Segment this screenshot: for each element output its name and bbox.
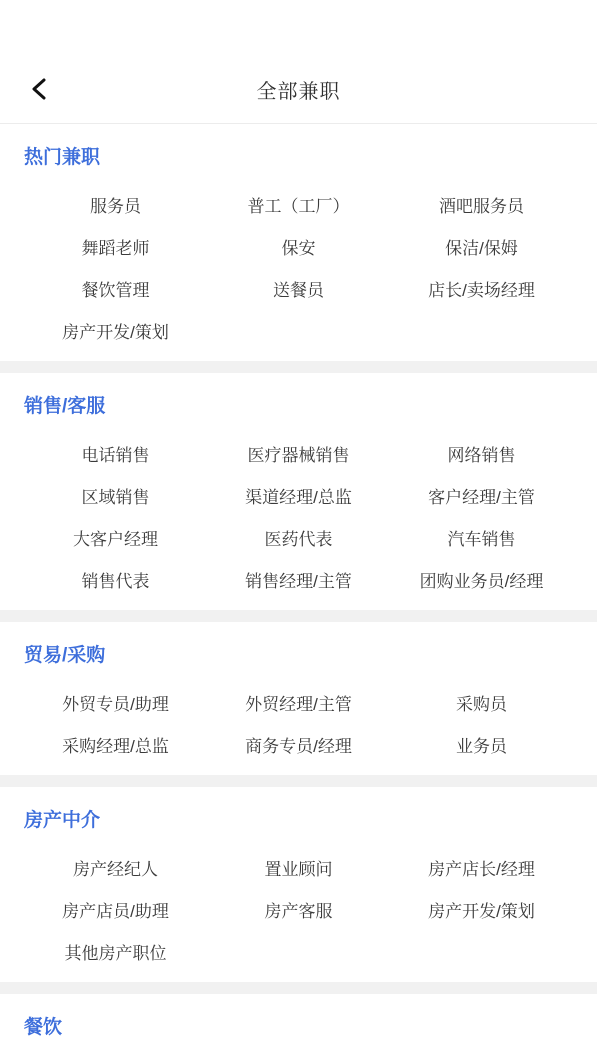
category-section: 餐饮 — [0, 994, 597, 1063]
section-divider — [0, 775, 597, 787]
job-item[interactable]: 服务员 — [24, 183, 207, 225]
page-title: 全部兼职 — [257, 75, 341, 104]
category-title: 餐饮 — [24, 1014, 573, 1041]
job-item[interactable]: 保安 — [207, 225, 390, 267]
category-title: 房产中介 — [24, 807, 573, 834]
chevron-left-icon — [30, 77, 48, 101]
category-section: 贸易/采购 外贸专员/助理外贸经理/主管采购员采购经理/总监商务专员/经理业务员 — [0, 622, 597, 775]
job-item[interactable]: 电话销售 — [24, 432, 207, 474]
category-list: 热门兼职 服务员普工（工厂）酒吧服务员舞蹈老师保安保洁/保姆餐饮管理送餐员店长/… — [0, 124, 597, 1063]
section-divider — [0, 361, 597, 373]
section-divider — [0, 610, 597, 622]
job-item[interactable]: 商务专员/经理 — [207, 723, 390, 765]
category-title: 贸易/采购 — [24, 642, 573, 669]
job-item[interactable]: 其他房产职位 — [24, 930, 207, 972]
job-item[interactable]: 采购员 — [390, 681, 573, 723]
job-item[interactable]: 房产开发/策划 — [24, 309, 207, 351]
job-item[interactable]: 房产店员/助理 — [24, 888, 207, 930]
job-item[interactable]: 房产经纪人 — [24, 846, 207, 888]
job-item[interactable]: 置业顾问 — [207, 846, 390, 888]
category-section: 销售/客服 电话销售医疗器械销售网络销售区域销售渠道经理/总监客户经理/主管大客… — [0, 373, 597, 610]
job-item[interactable]: 外贸专员/助理 — [24, 681, 207, 723]
job-item[interactable]: 渠道经理/总监 — [207, 474, 390, 516]
category-section: 房产中介 房产经纪人置业顾问房产店长/经理房产店员/助理房产客服房产开发/策划其… — [0, 787, 597, 982]
category-title: 热门兼职 — [24, 144, 573, 171]
job-item[interactable]: 网络销售 — [390, 432, 573, 474]
job-item[interactable]: 普工（工厂） — [207, 183, 390, 225]
job-grid: 房产经纪人置业顾问房产店长/经理房产店员/助理房产客服房产开发/策划其他房产职位 — [24, 846, 573, 972]
job-item[interactable]: 采购经理/总监 — [24, 723, 207, 765]
job-item[interactable]: 业务员 — [390, 723, 573, 765]
job-item[interactable]: 保洁/保姆 — [390, 225, 573, 267]
job-item[interactable]: 销售经理/主管 — [207, 558, 390, 600]
job-item[interactable]: 餐饮管理 — [24, 267, 207, 309]
job-item[interactable]: 医药代表 — [207, 516, 390, 558]
job-item[interactable]: 客户经理/主管 — [390, 474, 573, 516]
job-grid: 电话销售医疗器械销售网络销售区域销售渠道经理/总监客户经理/主管大客户经理医药代… — [24, 432, 573, 600]
category-section: 热门兼职 服务员普工（工厂）酒吧服务员舞蹈老师保安保洁/保姆餐饮管理送餐员店长/… — [0, 124, 597, 361]
category-title: 销售/客服 — [24, 393, 573, 420]
job-item[interactable]: 销售代表 — [24, 558, 207, 600]
all-parttime-jobs-page: 全部兼职 热门兼职 服务员普工（工厂）酒吧服务员舞蹈老师保安保洁/保姆餐饮管理送… — [0, 0, 597, 1064]
job-item[interactable]: 房产店长/经理 — [390, 846, 573, 888]
job-item[interactable]: 医疗器械销售 — [207, 432, 390, 474]
job-item[interactable]: 房产客服 — [207, 888, 390, 930]
job-item[interactable]: 团购业务员/经理 — [390, 558, 573, 600]
section-divider — [0, 982, 597, 994]
job-item[interactable]: 送餐员 — [207, 267, 390, 309]
job-item[interactable]: 房产开发/策划 — [390, 888, 573, 930]
job-grid: 外贸专员/助理外贸经理/主管采购员采购经理/总监商务专员/经理业务员 — [24, 681, 573, 765]
job-grid: 服务员普工（工厂）酒吧服务员舞蹈老师保安保洁/保姆餐饮管理送餐员店长/卖场经理房… — [24, 183, 573, 351]
job-item[interactable]: 外贸经理/主管 — [207, 681, 390, 723]
nav-bar: 全部兼职 — [0, 55, 597, 124]
job-item[interactable]: 店长/卖场经理 — [390, 267, 573, 309]
job-item[interactable]: 汽车销售 — [390, 516, 573, 558]
job-item[interactable]: 大客户经理 — [24, 516, 207, 558]
back-button[interactable] — [26, 76, 52, 102]
job-item[interactable]: 舞蹈老师 — [24, 225, 207, 267]
job-item[interactable]: 区域销售 — [24, 474, 207, 516]
job-item[interactable]: 酒吧服务员 — [390, 183, 573, 225]
status-bar — [0, 0, 597, 55]
